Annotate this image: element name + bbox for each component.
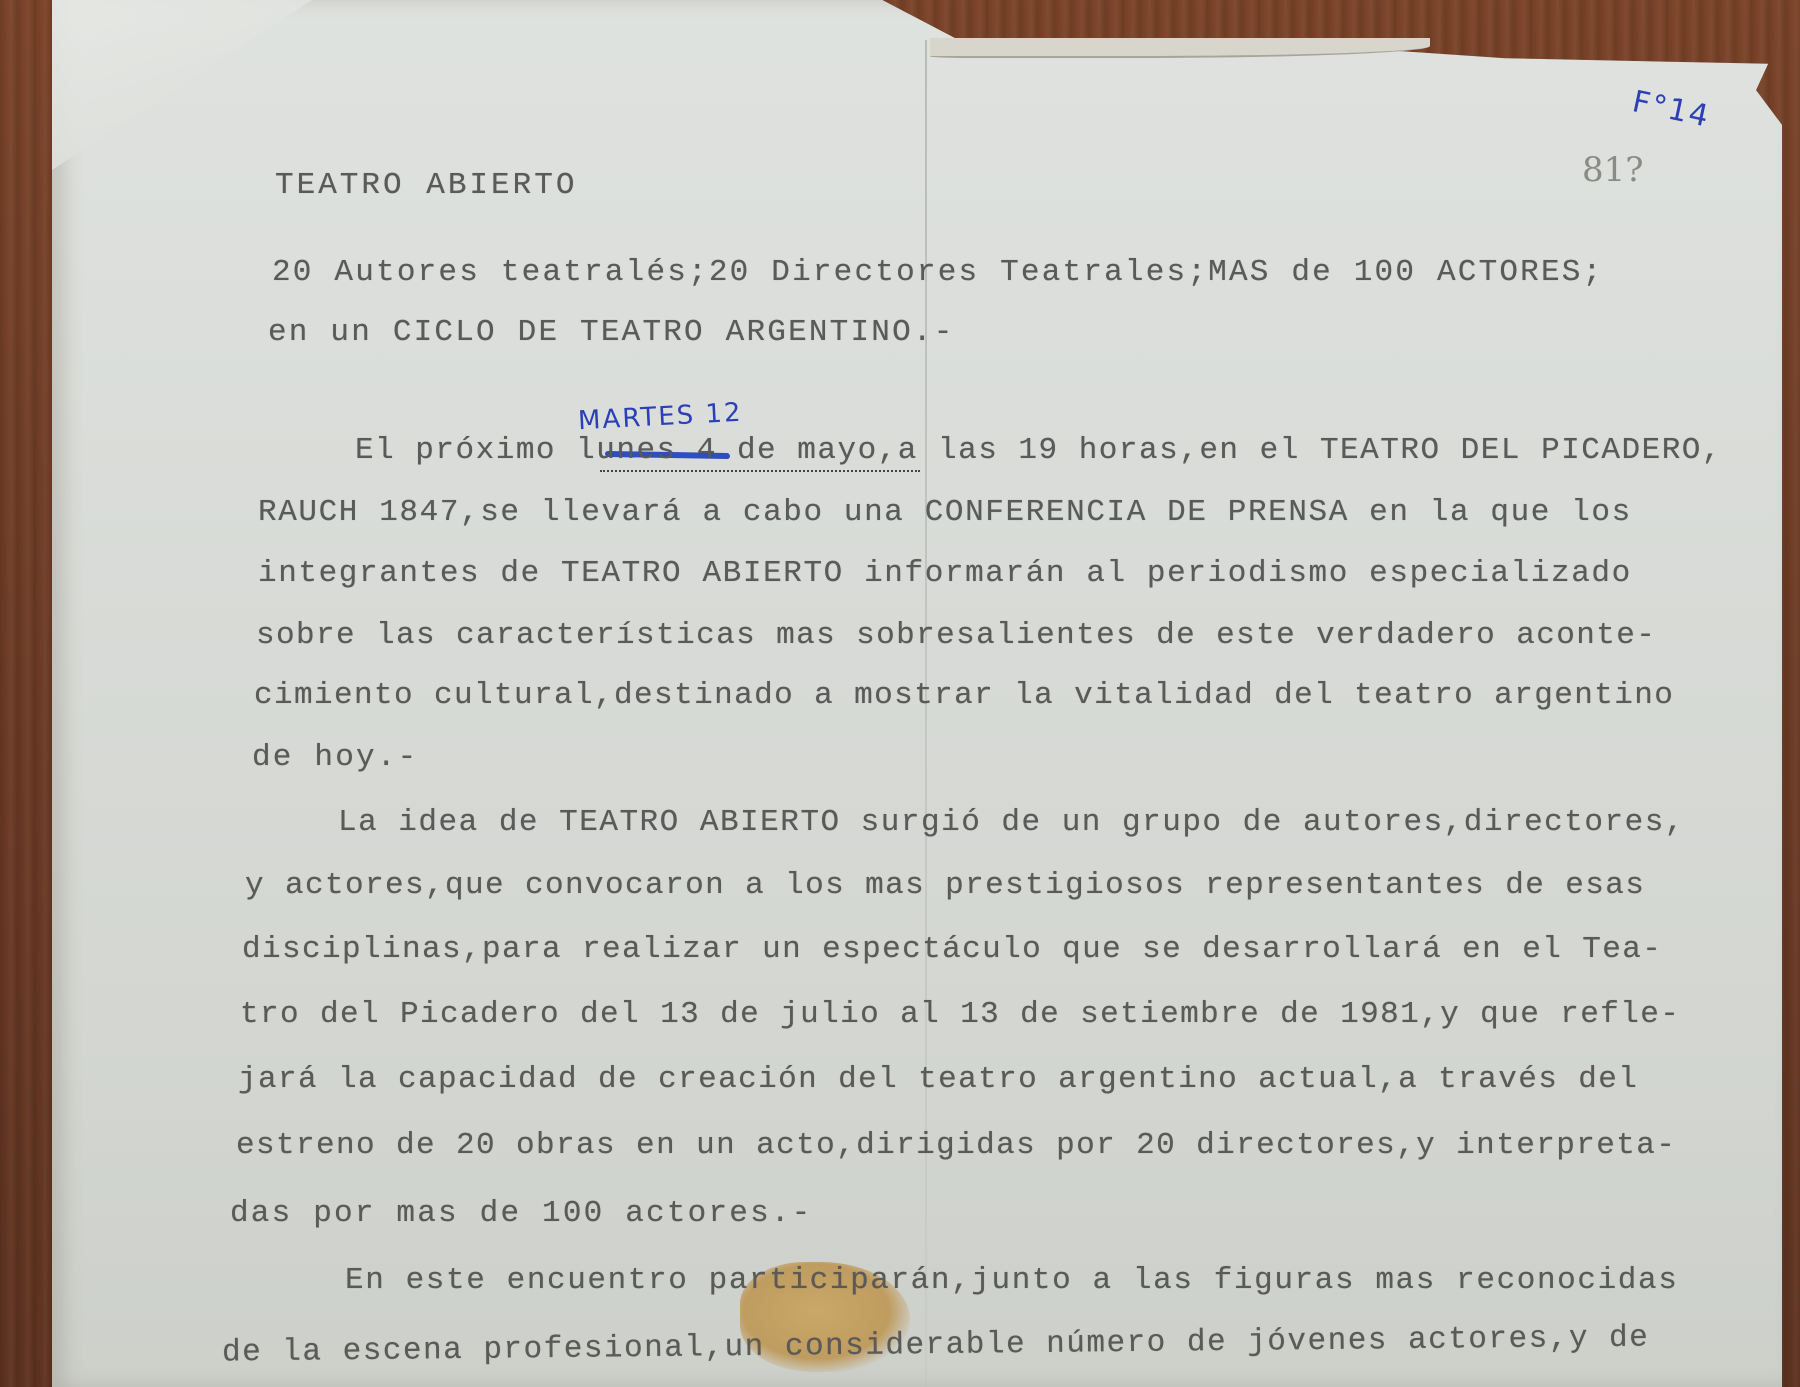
text-line: jará la capacidad de creación del teatro… (238, 1062, 1638, 1097)
text-line: La idea de TEATRO ABIERTO surgió de un g… (338, 805, 1685, 840)
text-line: tro del Picadero del 13 de julio al 13 d… (240, 997, 1680, 1032)
text-line: El próximo lunes 4 de mayo,a las 19 hora… (355, 433, 1722, 468)
text-line: en un CICLO DE TEATRO ARGENTINO.- (268, 315, 955, 350)
text-line: cimiento cultural,destinado a mostrar la… (254, 678, 1674, 713)
fold-crease (925, 40, 927, 1387)
pencil-note: 81? (1582, 150, 1644, 190)
text-line: En este encuentro participarán,junto a l… (345, 1263, 1678, 1298)
text-line: RAUCH 1847,se llevará a cabo una CONFERE… (258, 495, 1632, 530)
text-line: de hoy.- (252, 740, 418, 775)
typed-underline (600, 470, 920, 472)
text-line: disciplinas,para realizar un espectáculo… (242, 932, 1662, 967)
text-line: 20 Autores teatralés;20 Directores Teatr… (272, 255, 1603, 290)
text-line: y actores,que convocaron a los mas prest… (245, 868, 1645, 903)
text-line: estreno de 20 obras en un acto,dirigidas… (236, 1128, 1676, 1163)
text-line: integrantes de TEATRO ABIERTO informarán… (258, 556, 1632, 591)
text-line: das por mas de 100 actores.- (230, 1196, 813, 1231)
text-line: sobre las características mas sobresalie… (256, 618, 1656, 653)
document-title: TEATRO ABIERTO (275, 168, 577, 203)
